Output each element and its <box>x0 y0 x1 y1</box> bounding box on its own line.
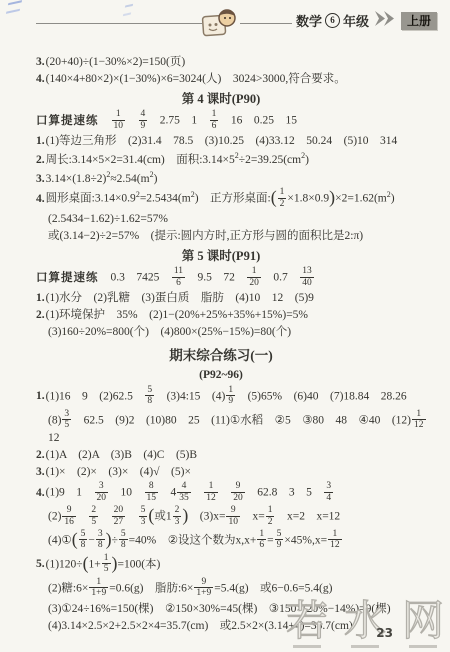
fraction: 38 <box>96 529 105 551</box>
item-number: 3. <box>36 56 45 68</box>
fraction: 916 <box>62 505 76 527</box>
fraction: 112 <box>204 481 218 503</box>
answer-line: 1.(1)等边三角形 (2)31.4 78.5 (3)10.25 (4)33.1… <box>0 134 450 149</box>
fraction: 112 <box>412 409 426 431</box>
item-number: 2. <box>36 449 45 461</box>
volume-tag: 上册 <box>401 12 437 30</box>
tall-paren: ) <box>106 529 112 549</box>
answer-key-body: 3.(20+40)÷(1−30%×2)=150(页)4.(140×4+80×2)… <box>0 46 450 633</box>
grade-circle: 6 <box>325 13 340 28</box>
item-number: 4. <box>36 487 45 499</box>
page-number: 23 <box>376 626 393 640</box>
fraction: 11+9 <box>89 577 108 599</box>
tall-paren: ( <box>72 529 78 549</box>
header-rule-left <box>36 23 202 24</box>
fraction: 19 <box>226 385 235 407</box>
item-number: 4. <box>36 73 45 85</box>
watermark-char: 网 <box>402 600 444 648</box>
answer-line: 2.周长:3.14×5×2=31.4(cm) 面积:3.14×52÷2=39.2… <box>0 151 450 168</box>
fraction: 116 <box>172 266 185 288</box>
fraction: 58 <box>145 385 154 407</box>
tall-paren: ( <box>271 187 277 207</box>
answer-line: (2)916 25 2027 53(或123) (3)x=910 x=12 x=… <box>0 506 450 528</box>
fraction: 58 <box>79 529 88 551</box>
watermark-subtext <box>351 645 379 648</box>
answer-line: 1.(1)16 9 (2)62.5 58 (3)4:15 (4)19 (5)65… <box>0 386 450 408</box>
answer-line: 3.3.14×(1.8÷2)2≈2.54(m2) <box>0 170 450 187</box>
tall-paren: ( <box>148 505 154 525</box>
fraction: 59 <box>275 529 284 551</box>
fraction: 15 <box>102 553 111 575</box>
fraction: 25 <box>89 505 98 527</box>
fraction: 53 <box>139 505 148 527</box>
fraction: 12 <box>266 505 275 527</box>
tall-paren: ) <box>182 505 188 525</box>
fraction: 91+9 <box>194 577 213 599</box>
fraction: 1340 <box>300 266 314 288</box>
item-number: 3. <box>36 173 45 185</box>
scan-artifact <box>123 4 133 16</box>
answer-line: (3)160÷20%=800(个) (4)800×(25%−15%)=80(个) <box>0 325 450 340</box>
fraction: 16 <box>257 529 266 551</box>
item-number: 5. <box>36 558 45 570</box>
fraction: 920 <box>231 481 245 503</box>
mascot-icon <box>200 6 238 45</box>
oral-practice-label: 口算提速练 <box>36 272 99 284</box>
chevron-right-icon <box>373 11 397 30</box>
watermark: 若水网 <box>286 600 444 648</box>
answer-line: 口算提速练0.3 7425 116 9.5 72 120 0.7 1340 <box>0 267 450 289</box>
section-heading: 期末综合练习(一) <box>0 347 450 365</box>
watermark-glyph: 网 <box>402 600 444 642</box>
answer-line: (2.5434−1.62)÷1.62=57% <box>0 212 450 227</box>
fraction: 435 <box>177 481 191 503</box>
answer-line: 4.(1)9 1 320 10 815 4435 112 920 62.8 3 … <box>0 482 450 504</box>
answer-line: 或(3.14−2)÷2=57% (提示:圆内方时,正方形与圆的面积比是2:π) <box>0 229 450 244</box>
exponent: 2 <box>136 190 140 199</box>
watermark-char: 若 <box>286 600 328 648</box>
fraction: 16 <box>210 109 219 131</box>
answer-line: 4.(140×4+80×2)×(1−30%)×6=3024(人) 3024>30… <box>0 72 450 87</box>
fraction: 120 <box>247 266 261 288</box>
answer-line: (4)①(58−38)÷58=40% ②设这个数为x,x+16=59×45%,x… <box>0 530 450 552</box>
item-number: 4. <box>36 193 45 205</box>
answer-line: 4.圆形桌面:3.14×0.92=2.5434(m2) 正方形桌面:(12×1.… <box>0 188 450 210</box>
tall-paren: ( <box>83 553 89 573</box>
fraction: 12 <box>278 187 287 209</box>
tall-paren: ) <box>112 553 118 573</box>
exponent: 2 <box>106 170 110 179</box>
section-heading: 第 5 课时(P91) <box>0 248 450 264</box>
fraction: 35 <box>62 409 71 431</box>
answer-line: 3.(20+40)÷(1−30%×2)=150(页) <box>0 55 450 70</box>
fraction: 112 <box>328 529 342 551</box>
tall-paren: ) <box>329 187 335 207</box>
subject-label: 数学 <box>296 11 322 30</box>
exponent: 2 <box>191 190 195 199</box>
fraction: 2027 <box>112 505 126 527</box>
fraction: 110 <box>112 109 126 131</box>
exponent: 2 <box>150 170 154 179</box>
exponent: 2 <box>387 190 391 199</box>
item-number: 1. <box>36 135 45 147</box>
answer-line: 口算提速练110 49 2.75 1 16 16 0.25 15 <box>0 110 450 132</box>
item-number: 2. <box>36 154 45 166</box>
fraction: 910 <box>226 505 240 527</box>
answer-line: 1.(1)水分 (2)乳糖 (3)蛋白质 脂肪 (4)10 12 (5)9 <box>0 291 450 306</box>
scan-artifact <box>6 0 22 14</box>
item-number: 1. <box>36 390 45 402</box>
item-number: 3. <box>36 466 45 478</box>
header-rule-right <box>240 23 292 24</box>
answer-line: 5.(1)120÷(1+15)=100(本) <box>0 554 450 576</box>
fraction: 58 <box>119 529 128 551</box>
exponent: 2 <box>235 151 239 160</box>
section-heading: 第 4 课时(P90) <box>0 91 450 107</box>
watermark-subtext <box>409 645 437 648</box>
fraction: 34 <box>324 481 333 503</box>
grade-label: 年级 <box>343 11 369 30</box>
answer-line: 2.(1)A (2)A (3)B (4)C (5)B <box>0 448 450 463</box>
fraction: 320 <box>95 481 109 503</box>
item-number: 2. <box>36 309 45 321</box>
fraction: 49 <box>139 109 148 131</box>
fraction: 815 <box>145 481 159 503</box>
watermark-glyph: 若 <box>286 600 328 642</box>
watermark-char: 水 <box>344 600 386 648</box>
page-header: 数学 6 年级 上册 <box>0 0 450 46</box>
edition-title: 数学 6 年级 上册 <box>296 11 437 30</box>
oral-practice-label: 口算提速练 <box>36 115 99 127</box>
watermark-subtext <box>293 645 321 648</box>
answer-line: (8)35 62.5 (9)2 (10)80 25 (11)①水稻 ②5 ③80… <box>0 410 450 447</box>
section-heading: (P92~96) <box>0 368 450 383</box>
fraction: 23 <box>173 505 182 527</box>
answer-line: 2.(1)环境保护 35% (2)1−(20%+25%+35%+15%)=5% <box>0 308 450 323</box>
exponent: 2 <box>301 151 305 160</box>
item-number: 1. <box>36 292 45 304</box>
answer-line: 3.(1)× (2)× (3)× (4)√ (5)× <box>0 465 450 480</box>
